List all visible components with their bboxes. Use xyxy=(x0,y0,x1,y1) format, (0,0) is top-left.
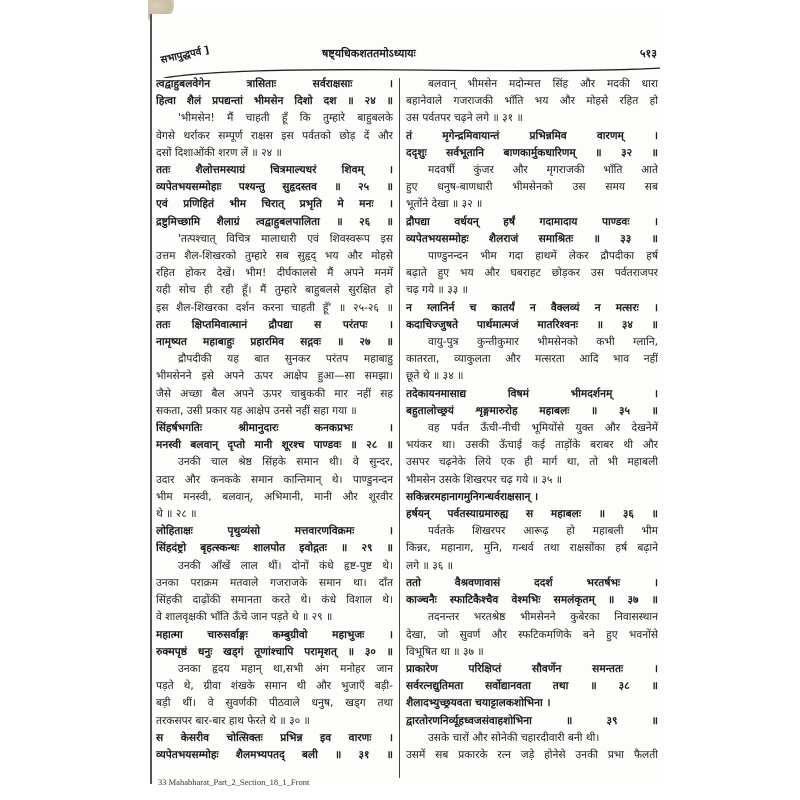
sanskrit-verse-line: न ग्लानिर्न च कातर्यं न वैक्लव्यं न मत्स… xyxy=(406,300,658,317)
hindi-translation-line: उनकी आँखें लाल थीं। दोनों कंधे हृष्ट-पुष… xyxy=(156,558,393,575)
hindi-translation-line: दसों दिशाओंकी शरण लें ॥ २४ ॥ xyxy=(156,145,393,162)
hindi-translation-line: किन्नर, महानाग, मुनि, गन्धर्व तथा राक्षस… xyxy=(406,540,658,557)
page-number: ५१३ xyxy=(640,46,657,61)
scan-footer-label: 33 Mahabharat_Part_2_Section_18_1_Front xyxy=(158,777,309,787)
sanskrit-verse-line: ततः शैलोत्तमस्याग्रं चित्रमाल्यधरं शिवम्… xyxy=(156,162,393,179)
sanskrit-verse-line: महात्मा चारुसर्वाङ्गः कम्बुग्रीवो महाभुज… xyxy=(156,627,393,644)
hindi-translation-line: हुए धनुष-बाणधारी भीमसेनको उस समय सब xyxy=(406,179,658,196)
sanskrit-verse-line: मनस्वी बलवान् दृप्तो मानी शूरश्च पाण्डवः… xyxy=(156,437,393,454)
hindi-translation-line: जैसे अच्छा बैल अपने ऊपर चाबुककी मार नहीं… xyxy=(156,386,393,403)
hindi-translation-line: बहानेवाले गजराजकी भाँति भय और मोहसे रहित… xyxy=(406,93,658,110)
hindi-translation-line: उसमें सब प्रकारके रत्न जड़े होनेसे उनकी … xyxy=(406,747,658,764)
sanskrit-verse-line: बहुतालोच्छ्रयं शृङ्गमारुरोह महाबलः ॥ ३५ … xyxy=(406,403,658,420)
sanskrit-verse-line: हित्वा शैलं प्रपद्यन्तां भीमसेन दिशो दश … xyxy=(156,93,393,110)
sanskrit-verse-line: हर्षयन् पर्वतस्याग्रमारुह्य स महाबलः ॥ ३… xyxy=(406,506,658,523)
hindi-translation-line: उस पर्वतपर चढ़ने लगे ॥ ३१ ॥ xyxy=(406,110,658,127)
sanskrit-verse-line: व्यपेतभयसम्मोहः शैलमभ्यपतद् बली ॥ ३१ ॥ xyxy=(156,747,393,764)
sanskrit-verse-line: एवं प्रणिहितं भीम चिरात् प्रभृति मे मनः … xyxy=(156,196,393,213)
hindi-translation-line: द्रौपदीकी यह बात सुनकर परंतप महाबाहु xyxy=(156,351,393,368)
sanskrit-verse-line: सर्वरत्नद्युतिमता सर्वोद्यानवता तथा ॥ ३८… xyxy=(406,678,658,695)
sanskrit-verse-line: तं मृगेन्द्रमिवायान्तं प्रभिन्नमिव वारणम… xyxy=(406,128,658,145)
hindi-translation-line: 'भीमसेन! मैं चाहती हूँ कि तुम्हारे बाहुब… xyxy=(156,110,393,127)
hindi-translation-line: वह पर्वत ऊँची-नीची भूमियोंसे युक्त और दे… xyxy=(406,420,658,437)
hindi-translation-line: उनका पराक्रम मतवाले गजराजके समान था। दाँ… xyxy=(156,575,393,592)
hindi-translation-line: रहित होकर देखें। भीम! दीर्घकालसे मैं अपन… xyxy=(156,265,393,282)
hindi-translation-line: उसपर चढ़नेके लिये एक ही मार्ग था, तो भी … xyxy=(406,454,658,471)
sanskrit-verse-line: कदाचिज्जुषते पार्थमात्मजं मातरिश्वनः ॥ ३… xyxy=(406,317,658,334)
hindi-translation-line: सकता, उसी प्रकार यह आक्षेप उनसे नहीं सहा… xyxy=(156,403,393,420)
sanskrit-verse-line: लोहिताक्षः पृथुव्यंसो मत्तवारणविक्रमः । xyxy=(156,523,393,540)
hindi-translation-line: भीम मनस्वी, बलवान्, अभिमानी, मानी और शूर… xyxy=(156,489,393,506)
hindi-translation-line: सिंहकी दाढ़ोंकी समानता करते थे। कंधे विश… xyxy=(156,592,393,609)
hindi-translation-line: पर्वतके शिखरपर आरूढ़ हो महाबली भीम xyxy=(406,523,658,540)
sanskrit-verse-line: काञ्चनैः स्फाटिकैश्चैव वेश्मभिः समलंकृतम… xyxy=(406,592,658,609)
sanskrit-verse-line: रुक्मपृष्ठं धनुः खड्गं तूणांश्चापि परामृ… xyxy=(156,644,393,661)
hindi-translation-line: उत्तम शैल-शिखरको तुम्हारे सब सुहृद् भय औ… xyxy=(156,248,393,265)
hindi-translation-line: चढ़ गये ॥ ३३ ॥ xyxy=(406,282,658,299)
hindi-translation-line: उनका हृदय महान् था,सभी अंग मनोहर जान xyxy=(156,661,393,678)
sanskrit-verse-line: स केसरीव चोत्सिक्तः प्रभिन्न इव वारणः । xyxy=(156,730,393,747)
sanskrit-verse-line: द्रष्टुमिच्छामि शैलाग्रं त्वद्वाहुबलपालि… xyxy=(156,214,393,231)
hindi-translation-line: तरकसपर बार-बार हाथ फेरते थे ॥ ३० ॥ xyxy=(156,713,393,730)
chapter-title: षष्ट्यधिकशततमोऽध्यायः xyxy=(322,46,416,61)
sanskrit-verse-line: ददृशुः सर्वभूतानि बाणकार्मुकधारिणम् ॥ ३२… xyxy=(406,145,658,162)
left-column: त्वद्वाहुबलवेगेन त्रासिताः सर्वराक्षसाः … xyxy=(156,76,393,764)
sanskrit-verse-line: शैलादभ्युच्छ्रयवता चयाट्टालकशोभिना । xyxy=(406,695,658,712)
hindi-translation-line: तदनन्तर भरतश्रेष्ठ भीमसेनने कुबेरका निवा… xyxy=(406,609,658,626)
sanskrit-verse-line: तदेकायनमासाद्य विषमं भीमदर्शनम् । xyxy=(406,386,658,403)
hindi-translation-line: पड़ते थे, ग्रीवा शंखके समान थी और भुजाएँ… xyxy=(156,678,393,695)
hindi-translation-line: भीमसेन उसके शिखरपर चढ़ गये ॥ ३५ ॥ xyxy=(406,472,658,489)
sanskrit-verse-line: प्राकारेण परिक्षिप्तं सौवर्णेन समन्ततः । xyxy=(406,661,658,678)
hindi-translation-line: विभूषित था ॥ ३७ ॥ xyxy=(406,644,658,661)
sanskrit-verse-line: सिंहर्षभगतिः श्रीमानुदारः कनकप्रभः । xyxy=(156,420,393,437)
hindi-translation-line: भीमसेनने इसे अपने ऊपर आक्षेप हुआ—सा समझा… xyxy=(156,368,393,385)
right-column: बलवान् भीमसेन मदोन्मत्त सिंह और मदकी धार… xyxy=(406,76,658,764)
hindi-translation-line: छूते थे ॥ ३४ ॥ xyxy=(406,368,658,385)
sanskrit-verse-line: द्रौपद्या वर्धयन् हर्षं गदामादाय पाण्डवः… xyxy=(406,214,658,231)
column-divider xyxy=(399,78,400,778)
section-title: सभापुद्धपर्व ] xyxy=(159,42,210,66)
sanskrit-verse-line: ततो वैश्रवणावासं ददर्श भरतर्षभः । xyxy=(406,575,658,592)
sanskrit-verse-line: व्यपेतभयसम्मोहाः पश्यन्तु सुहृदस्तव ॥ २५… xyxy=(156,179,393,196)
sanskrit-verse-line: नामृष्यत महाबाहुः प्रहारमिव सद्गवः ॥ २७ … xyxy=(156,334,393,351)
hindi-translation-line: देखा, जो सुवर्ण और स्फटिकमणिके बने हुए भ… xyxy=(406,627,658,644)
hindi-translation-line: उनकी चाल श्रेष्ठ सिंहके समान थी। वे सुन्… xyxy=(156,454,393,471)
hindi-translation-line: मदवर्षी कुंजर और मृगराजकी भाँति आते xyxy=(406,162,658,179)
sanskrit-verse-line: द्वारतोरणनिर्व्यूहध्वजसंवाहशोभिना ॥ ३९ ॥ xyxy=(406,713,658,730)
hindi-translation-line: लगे ॥ ३६ ॥ xyxy=(406,558,658,575)
sanskrit-verse-line: ततः क्षिप्तमिवात्मानं द्रौपद्या स परंतपः… xyxy=(156,317,393,334)
hindi-translation-line: वायु-पुत्र कुन्तीकुमार भीमसेनको कभी ग्ला… xyxy=(406,334,658,351)
book-page: सभापुद्धपर्व ] षष्ट्यधिकशततमोऽध्यायः ५१३… xyxy=(150,14,664,784)
hindi-translation-line: पाण्डुनन्दन भीम गदा हाथमें लेकर द्रौपदीक… xyxy=(406,248,658,265)
hindi-translation-line: उदार और कनकके समान कान्तिमान् थे। पाण्डु… xyxy=(156,472,393,489)
hindi-translation-line: वे शालवृक्षकी भाँति ऊँचे जान पड़ते थे ॥ … xyxy=(156,609,393,626)
hindi-translation-line: यही सोच ही रही हूँ। मैं तुम्हारे बाहुबलस… xyxy=(156,282,393,299)
hindi-translation-line: बलवान् भीमसेन मदोन्मत्त सिंह और मदकी धार… xyxy=(406,76,658,93)
hindi-translation-line: 'तत्पश्चात् विचित्र मालाधारी एवं शिवस्वर… xyxy=(156,231,393,248)
hindi-translation-line: थे ॥ २८ ॥ xyxy=(156,506,393,523)
hindi-translation-line: इस शैल-शिखरका दर्शन करना चाहती हूँ' ॥ २५… xyxy=(156,300,393,317)
sanskrit-verse-line: सकिन्नरमहानागमुनिगन्धर्वराक्षसान् । xyxy=(406,489,658,506)
hindi-translation-line: भयंकर था। उसकी ऊँचाई कई ताड़ोंके बराबर थ… xyxy=(406,437,658,454)
sanskrit-verse-line: व्यपेतभयसम्मोहः शैलराजं समाश्रितः ॥ ३३ ॥ xyxy=(406,231,658,248)
hindi-translation-line: कातरता, व्याकुलता और मत्सरता आदि भाव नही… xyxy=(406,351,658,368)
sanskrit-verse-line: त्वद्वाहुबलवेगेन त्रासिताः सर्वराक्षसाः … xyxy=(156,76,393,93)
sanskrit-verse-line: सिंहदंष्ट्रो बृहत्स्कन्धः शालपोत इवोद्गत… xyxy=(156,540,393,557)
hindi-translation-line: उसके चारों और सोनेकी चहारदीवारी बनी थी। xyxy=(406,730,658,747)
hindi-translation-line: बढ़ाते हुए भय और घबराहट छोड़कर उस पर्वतर… xyxy=(406,265,658,282)
hindi-translation-line: बड़ी थीं। वे सुवर्णकी पीठवाले धनुष, खड्ग… xyxy=(156,695,393,712)
hindi-translation-line: वेगसे थर्राकर सम्पूर्ण राक्षस इस पर्वतको… xyxy=(156,128,393,145)
hindi-translation-line: भूतोंने देखा ॥ ३२ ॥ xyxy=(406,196,658,213)
